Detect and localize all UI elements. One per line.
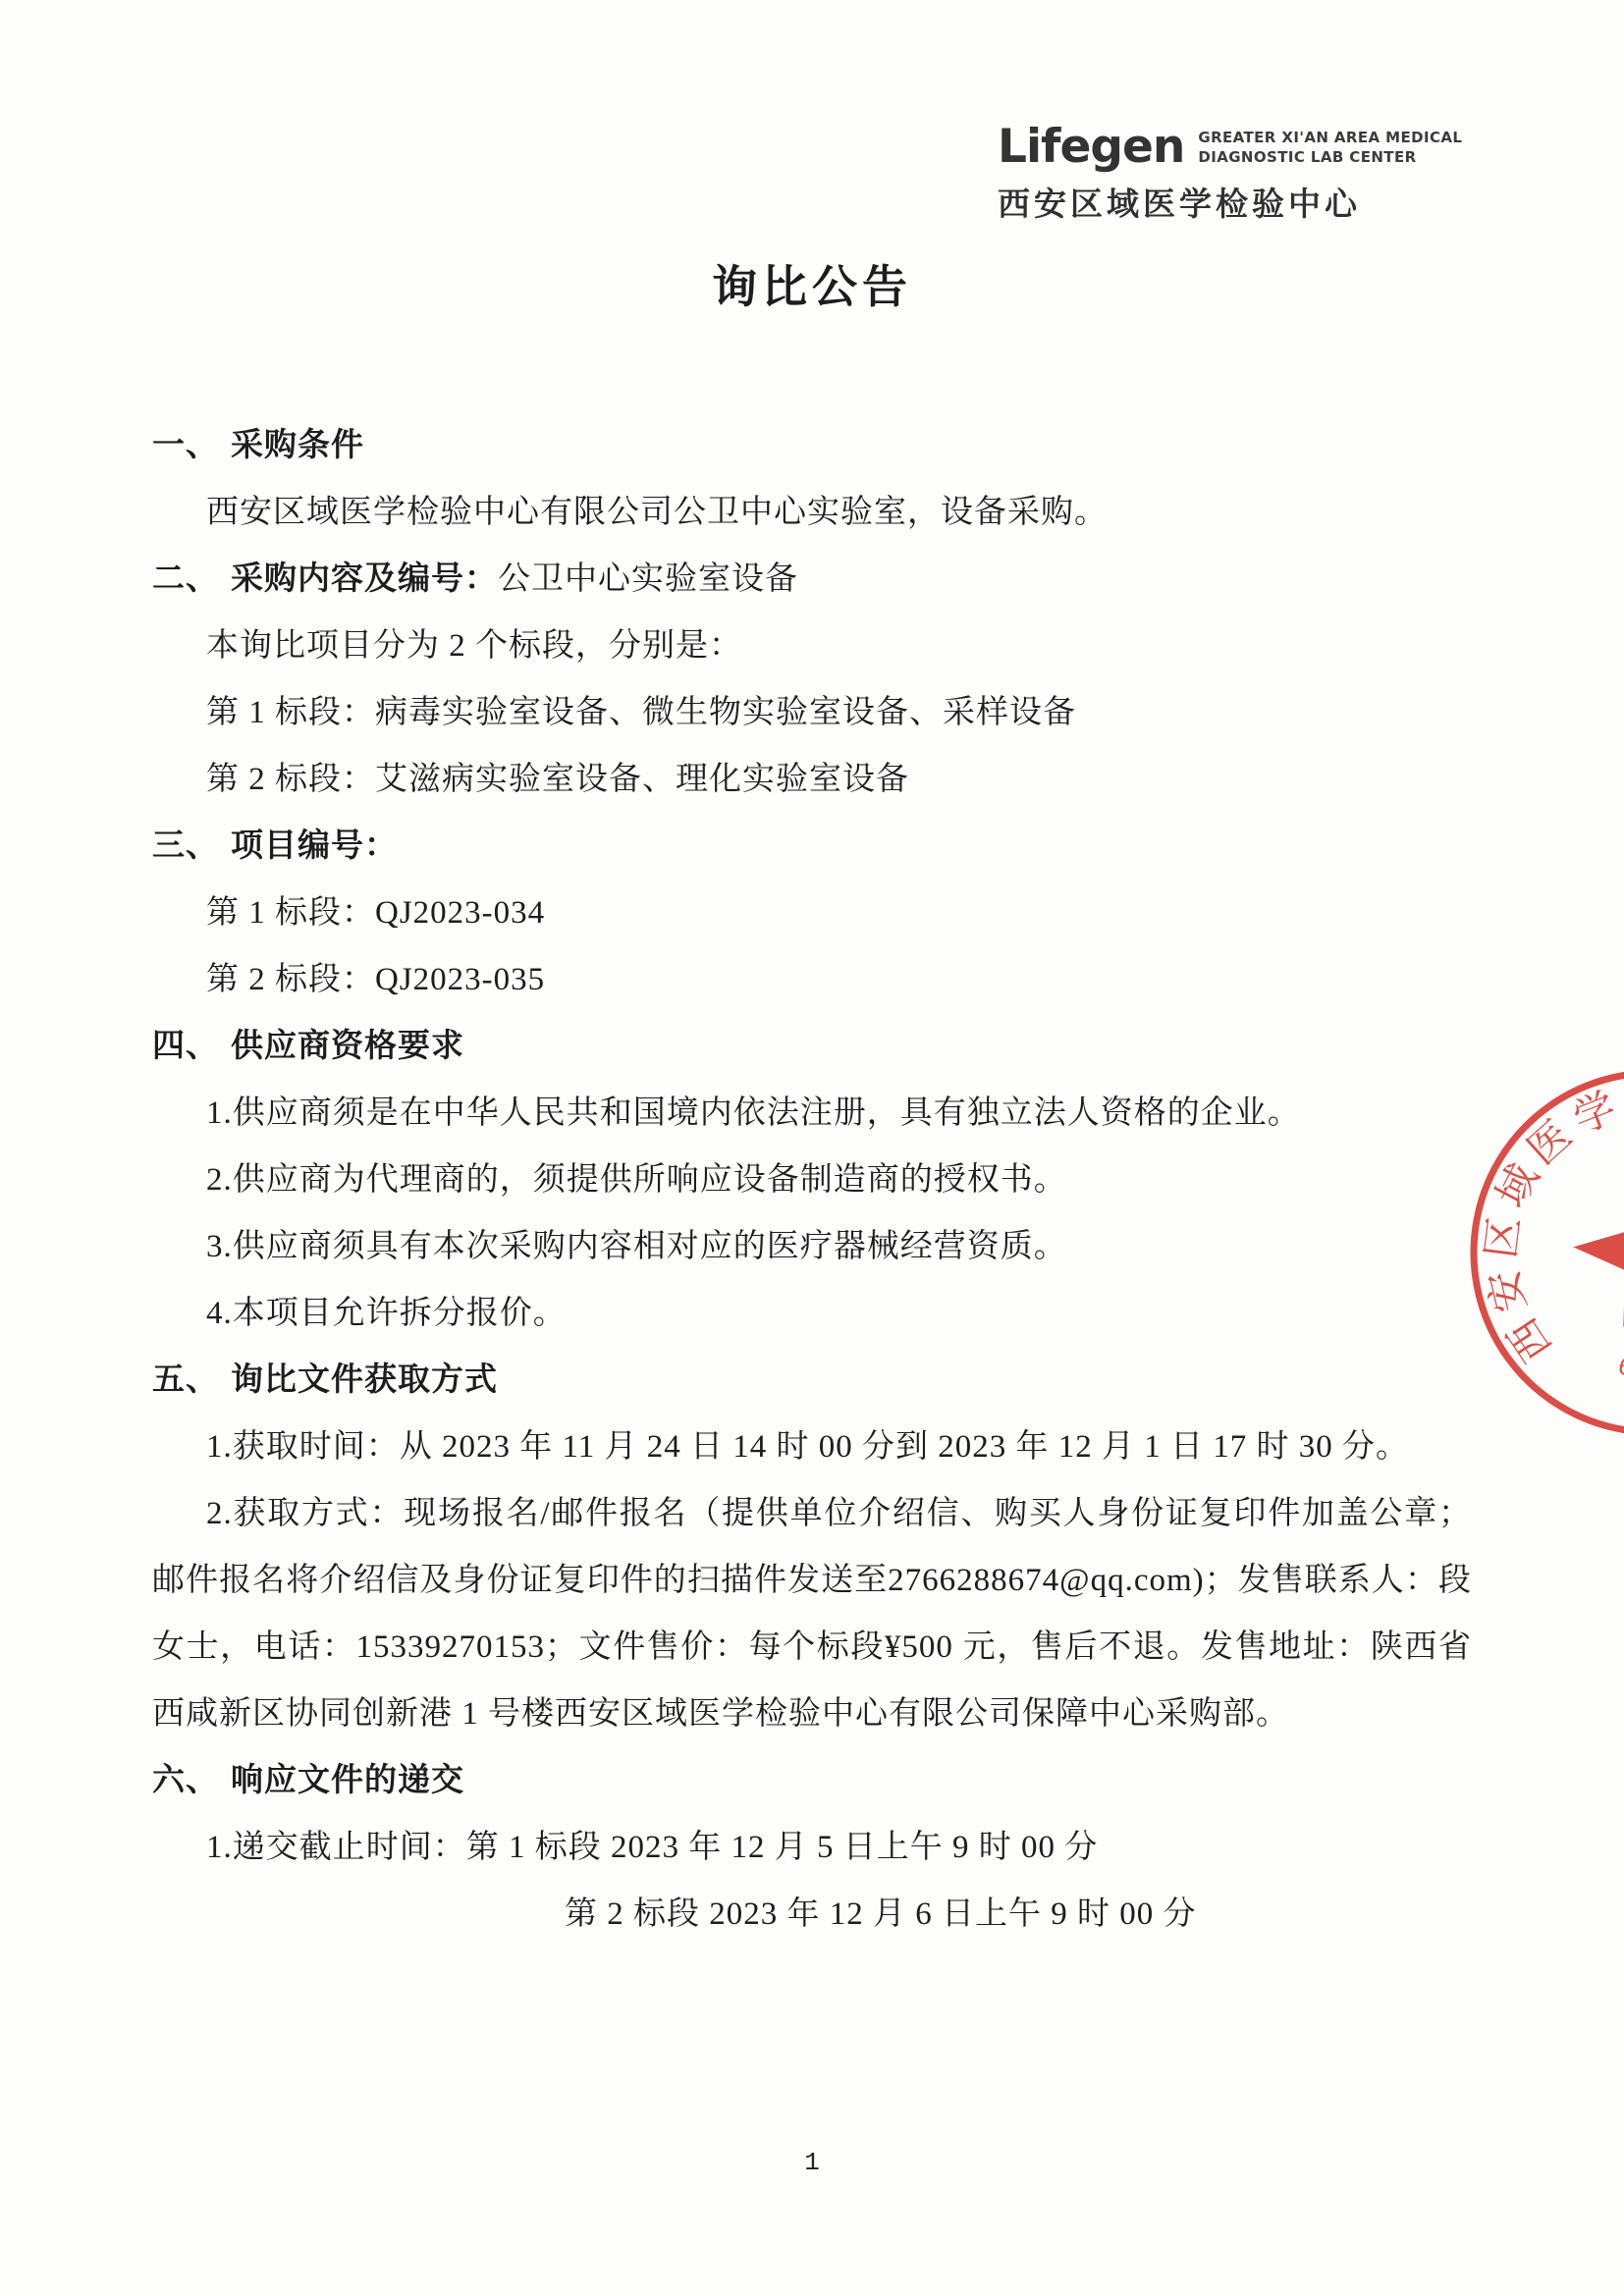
section-2-heading: 二、采购内容及编号：公卫中心实验室设备 bbox=[152, 546, 1472, 613]
section-2-para: 本询比项目分为 2 个标段，分别是： bbox=[152, 613, 1472, 679]
section-5-title: 询比文件获取方式 bbox=[231, 1362, 498, 1398]
seal-serial-text: 619900 bbox=[1610, 1329, 1624, 1397]
brand-tagline-line1: GREATER XI'AN AREA MEDICAL bbox=[1198, 129, 1462, 148]
section-4-title: 供应商资格要求 bbox=[231, 1029, 464, 1064]
section-2-title: 采购内容及编号： bbox=[231, 561, 498, 597]
section-5-para: 1.获取时间：从 2023 年 11 月 24 日 14 时 00 分到 202… bbox=[152, 1414, 1472, 1480]
document-page: Lifegen GREATER XI'AN AREA MEDICAL DIAGN… bbox=[0, 0, 1624, 2296]
section-6-title: 响应文件的递交 bbox=[231, 1763, 464, 1798]
section-6-heading: 六、响应文件的递交 bbox=[152, 1747, 1472, 1814]
brand-wordmark: Lifegen bbox=[998, 124, 1184, 170]
section-3-para: 第 1 标段：QJ2023-034 bbox=[152, 880, 1472, 946]
section-2-title-rest: 公卫中心实验室设备 bbox=[498, 561, 798, 597]
section-3-number: 三、 bbox=[152, 828, 219, 864]
section-1-number: 一、 bbox=[152, 428, 219, 463]
page-title: 询比公告 bbox=[0, 251, 1624, 316]
section-4-para: 2.供应商为代理商的，须提供所响应设备制造商的授权书。 bbox=[152, 1147, 1472, 1213]
section-5-heading: 五、询比文件获取方式 bbox=[152, 1347, 1472, 1414]
section-1-title: 采购条件 bbox=[231, 428, 364, 463]
seal-star-icon bbox=[1559, 1156, 1624, 1335]
section-4-para: 3.供应商须具有本次采购内容相对应的医疗器械经营资质。 bbox=[152, 1213, 1472, 1280]
section-6-number: 六、 bbox=[152, 1763, 219, 1798]
section-4-number: 四、 bbox=[152, 1029, 219, 1064]
section-5-number: 五、 bbox=[152, 1362, 219, 1398]
brand-chinese-name: 西安区域医学检验中心 bbox=[998, 179, 1462, 225]
section-5-para: 2.获取方式：现场报名/邮件报名（提供单位介绍信、购买人身份证复印件加盖公章；邮… bbox=[152, 1480, 1472, 1747]
brand-tagline: GREATER XI'AN AREA MEDICAL DIAGNOSTIC LA… bbox=[1198, 124, 1462, 167]
section-4-heading: 四、供应商资格要求 bbox=[152, 1013, 1472, 1080]
section-1-heading: 一、采购条件 bbox=[152, 412, 1472, 479]
section-6-continuation: 第 2 标段 2023 年 12 月 6 日上午 9 时 00 分 bbox=[152, 1881, 1472, 1948]
section-3-heading: 三、项目编号： bbox=[152, 813, 1472, 880]
section-4-para: 1.供应商须是在中华人民共和国境内依法注册，具有独立法人资格的企业。 bbox=[152, 1080, 1472, 1147]
section-1-para: 西安区域医学检验中心有限公司公卫中心实验室，设备采购。 bbox=[152, 479, 1472, 546]
section-2-para: 第 1 标段：病毒实验室设备、微生物实验室设备、采样设备 bbox=[152, 679, 1472, 746]
section-2-para: 第 2 标段：艾滋病实验室设备、理化实验室设备 bbox=[152, 746, 1472, 813]
section-4-para: 4.本项目允许拆分报价。 bbox=[152, 1280, 1472, 1347]
section-2-number: 二、 bbox=[152, 561, 219, 597]
document-body: 一、采购条件 西安区域医学检验中心有限公司公卫中心实验室，设备采购。 二、采购内… bbox=[152, 412, 1472, 1948]
page-number: 1 bbox=[0, 2148, 1624, 2177]
section-6-para: 1.递交截止时间：第 1 标段 2023 年 12 月 5 日上午 9 时 00… bbox=[152, 1814, 1472, 1881]
section-3-title: 项目编号： bbox=[231, 828, 398, 864]
brand-tagline-line2: DIAGNOSTIC LAB CENTER bbox=[1198, 148, 1462, 168]
company-logo: Lifegen GREATER XI'AN AREA MEDICAL DIAGN… bbox=[998, 124, 1462, 225]
section-3-para: 第 2 标段：QJ2023-035 bbox=[152, 946, 1472, 1013]
